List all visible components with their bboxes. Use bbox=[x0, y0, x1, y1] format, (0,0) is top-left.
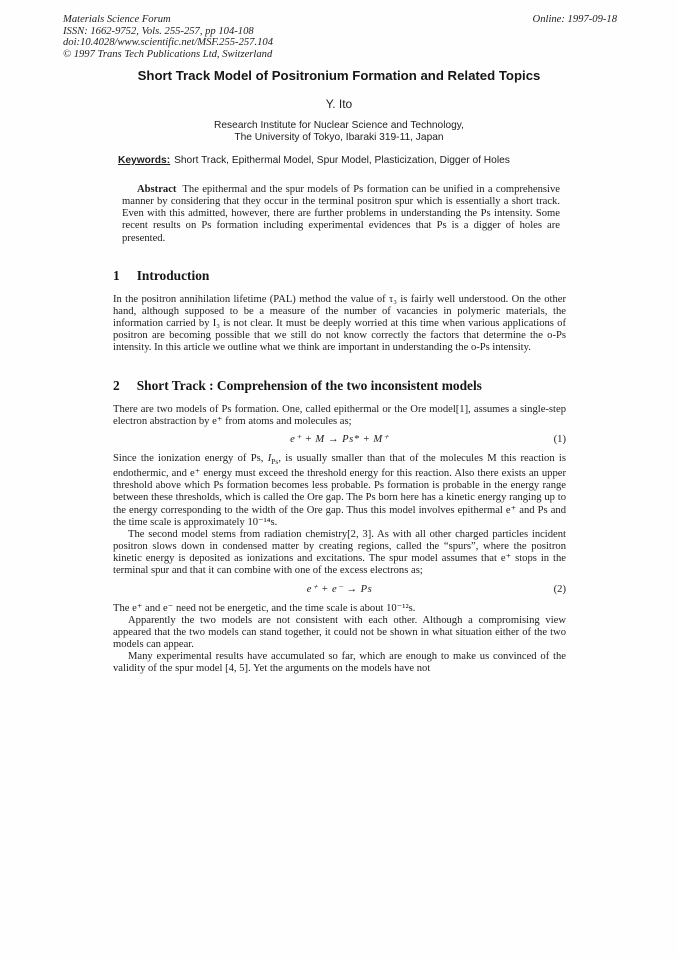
author-name: Y. Ito bbox=[0, 97, 678, 111]
section-2-paragraph-5: Apparently the two models are not consis… bbox=[113, 615, 566, 651]
section-2-intro-paragraph: There are two models of Ps formation. On… bbox=[113, 404, 566, 428]
scanned-paper-page: { "header": { "journal": "Materials Scie… bbox=[0, 0, 678, 959]
equation-1-number: (1) bbox=[554, 433, 566, 447]
issn-volume-line: ISSN: 1662-9752, Vols. 255-257, pp 104-1… bbox=[63, 26, 273, 38]
affiliation-block: Research Institute for Nuclear Science a… bbox=[0, 120, 678, 144]
publication-header: Materials Science Forum ISSN: 1662-9752,… bbox=[0, 14, 678, 60]
publication-info-block: Materials Science Forum ISSN: 1662-9752,… bbox=[63, 14, 273, 60]
keywords-text: Short Track, Epithermal Model, Spur Mode… bbox=[174, 155, 510, 166]
equation-2-number: (2) bbox=[554, 583, 566, 597]
equation-1: e⁺ + M → Ps* + M⁺ (1) bbox=[113, 433, 566, 447]
paper-sheet: Materials Science Forum ISSN: 1662-9752,… bbox=[0, 0, 678, 959]
affiliation-line-2: The University of Tokyo, Ibaraki 319-11,… bbox=[0, 132, 678, 144]
paper-title: Short Track Model of Positronium Formati… bbox=[40, 68, 638, 84]
section-2-paragraph-6: Many experimental results have accumulat… bbox=[113, 651, 566, 675]
section-1-title: Introduction bbox=[137, 268, 210, 283]
section-2-paragraph-2: Since the ionization energy of Ps, IPs, … bbox=[113, 453, 566, 529]
section-2-paragraph-3: The second model stems from radiation ch… bbox=[113, 529, 566, 578]
keywords-label: Keywords: bbox=[118, 155, 170, 166]
section-2-number: 2 bbox=[113, 378, 120, 393]
abstract-text: The epithermal and the spur models of Ps… bbox=[122, 184, 560, 244]
doi-line: doi:10.4028/www.scientific.net/MSF.255-2… bbox=[63, 37, 273, 49]
paper-body: AbstractThe epithermal and the spur mode… bbox=[113, 184, 566, 675]
online-date: Online: 1997-09-18 bbox=[533, 14, 617, 26]
equation-1-expression: e⁺ + M → Ps* + M⁺ bbox=[290, 434, 389, 445]
equation-2-expression: e⁺ + e⁻ → Ps bbox=[307, 584, 373, 595]
section-2-heading: 2Short Track : Comprehension of the two … bbox=[113, 378, 566, 393]
paragraph-2-segment-1: Since the ionization energy of Ps, bbox=[113, 453, 268, 464]
section-1-heading: 1Introduction bbox=[113, 268, 566, 283]
section-1-paragraph: In the positron annihilation lifetime (P… bbox=[113, 294, 566, 355]
abstract-paragraph: AbstractThe epithermal and the spur mode… bbox=[122, 184, 560, 245]
keywords-line: Keywords:Short Track, Epithermal Model, … bbox=[118, 155, 678, 166]
copyright-line: © 1997 Trans Tech Publications Ltd, Swit… bbox=[63, 49, 273, 61]
paragraph-2-segment-2: , is usually smaller than that of the mo… bbox=[113, 453, 566, 528]
section-2-title: Short Track : Comprehension of the two i… bbox=[137, 378, 482, 393]
section-2-paragraph-4: The e⁺ and e⁻ need not be energetic, and… bbox=[113, 603, 566, 615]
affiliation-line-1: Research Institute for Nuclear Science a… bbox=[0, 120, 678, 132]
journal-name: Materials Science Forum bbox=[63, 14, 273, 26]
section-1-number: 1 bbox=[113, 268, 120, 283]
equation-2: e⁺ + e⁻ → Ps (2) bbox=[113, 583, 566, 597]
abstract-label: Abstract bbox=[137, 184, 176, 195]
